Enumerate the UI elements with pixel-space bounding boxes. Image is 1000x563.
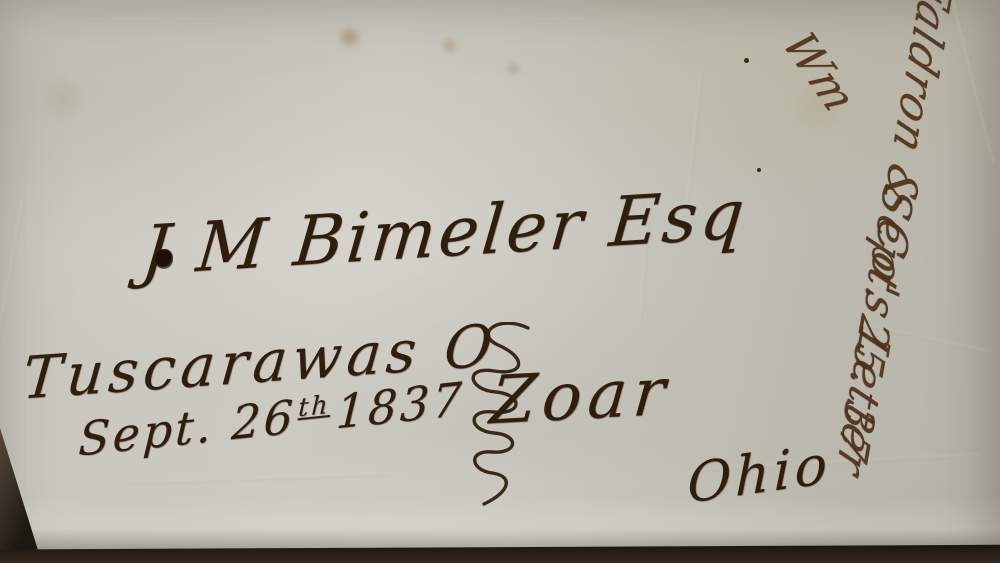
- stain: [505, 61, 522, 76]
- letter-photo: J M Bimeler Esq Tuscarawas O Sept. 26th1…: [0, 0, 1000, 563]
- date-ordinal: th: [298, 389, 332, 422]
- paper-crease: [0, 196, 25, 344]
- stain: [440, 37, 459, 54]
- paper-crease: [130, 473, 390, 485]
- ink-blot: [155, 249, 173, 269]
- flourish-coil-icon: [452, 322, 534, 507]
- envelope-paper: J M Bimeler Esq Tuscarawas O Sept. 26th1…: [0, 0, 1000, 563]
- docket-date-line: Sept. 25. 37: [827, 177, 922, 470]
- stain: [38, 78, 90, 120]
- ink-speck: [744, 58, 749, 63]
- recipient-line: J M Bimeler Esq: [138, 175, 750, 292]
- paper-crease: [952, 0, 996, 163]
- state-line: Ohio: [687, 432, 832, 516]
- stain: [336, 26, 363, 49]
- ink-speck: [757, 168, 761, 172]
